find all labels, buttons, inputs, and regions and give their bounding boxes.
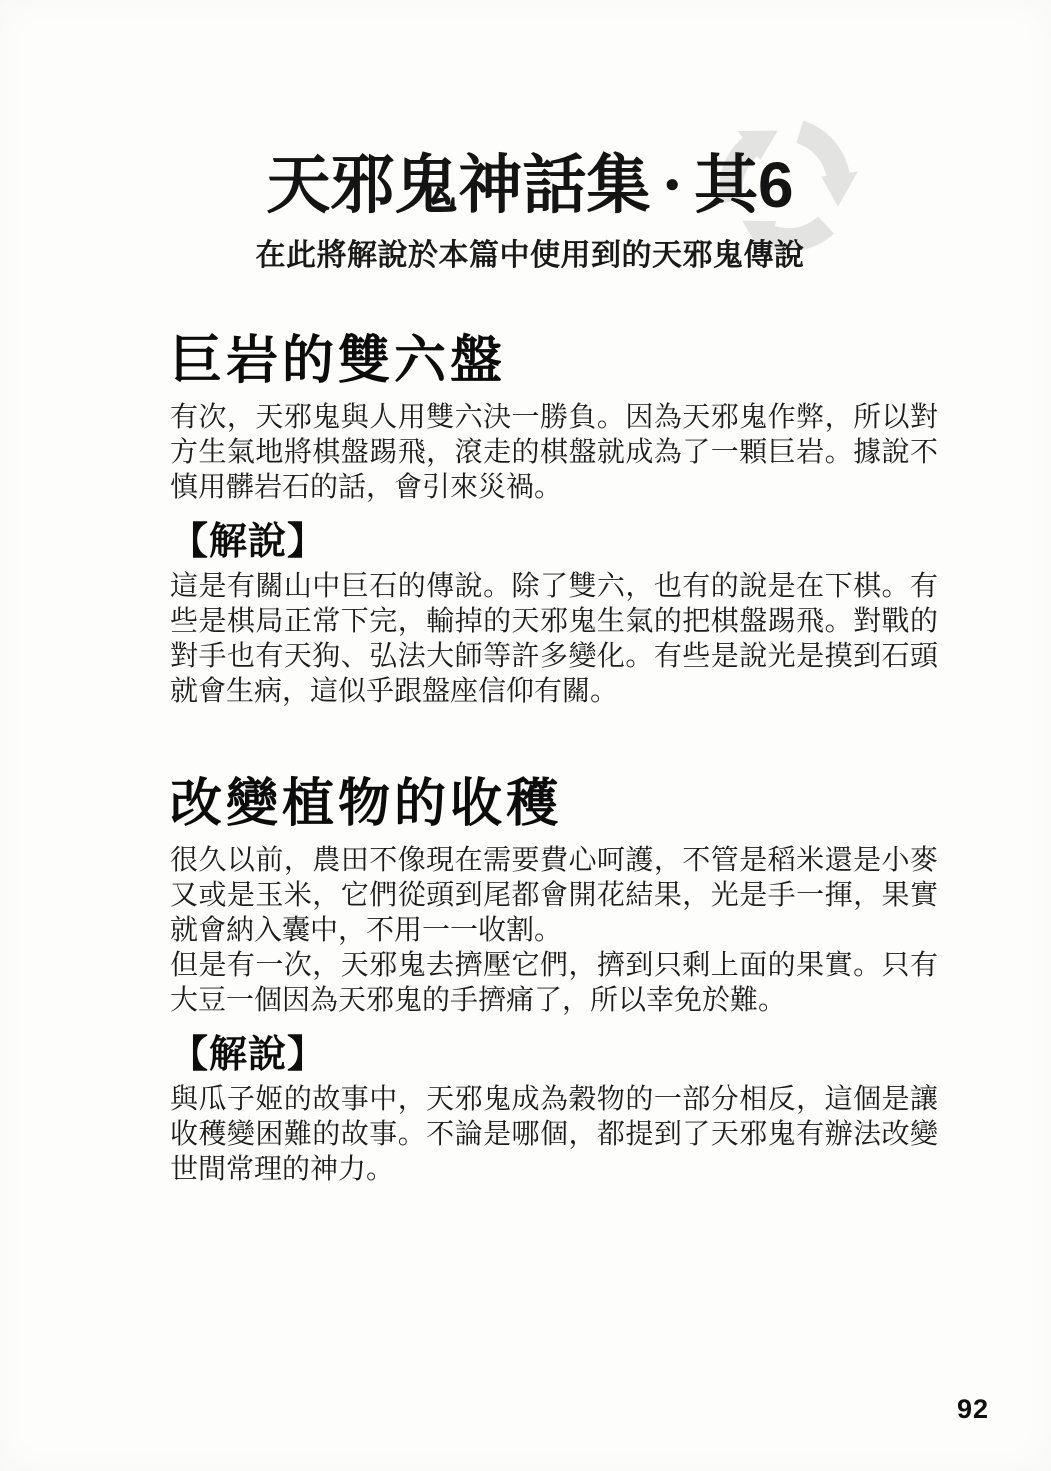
scanned-book-page: 天邪鬼神話集●其6 在此將解說於本篇中使用到的天邪鬼傳說 巨岩的雙六盤 有次，天… <box>0 0 1051 1471</box>
page-content: 巨岩的雙六盤 有次，天邪鬼與人用雙六決一勝負。因為天邪鬼作弊，所以對方生氣地將棋… <box>170 333 938 1186</box>
commentary-label: 【解說】 <box>170 520 938 564</box>
page-title: 天邪鬼神話集●其6 <box>140 150 920 222</box>
title-bullet-icon: ● <box>664 169 680 198</box>
commentary-label: 【解說】 <box>170 1033 938 1077</box>
commentary-paragraph: 這是有關山中巨石的傳說。除了雙六，也有的說是在下棋。有些是棋局正常下完，輸掉的天… <box>170 568 938 708</box>
story-paragraph: 但是有一次，天邪鬼去擠壓它們，擠到只剩上面的果實。只有大豆一個因為天邪鬼的手擠痛… <box>170 947 938 1017</box>
commentary-paragraph: 與瓜子姬的故事中，天邪鬼成為穀物的一部分相反，這個是讓收穫變困難的故事。不論是哪… <box>170 1081 938 1186</box>
section-heading: 改變植物的收穫 <box>170 776 938 832</box>
section-heading: 巨岩的雙六盤 <box>170 333 938 389</box>
page-header: 天邪鬼神話集●其6 在此將解說於本篇中使用到的天邪鬼傳說 <box>140 150 920 274</box>
page-number: 92 <box>957 1394 989 1425</box>
title-main-text: 天邪鬼神話集 <box>266 149 650 221</box>
section-plant-harvest: 改變植物的收穫 很久以前，農田不像現在需要費心呵護，不管是稻米還是小麥又或是玉米… <box>170 776 938 1186</box>
section-boulder-sugoroku-board: 巨岩的雙六盤 有次，天邪鬼與人用雙六決一勝負。因為天邪鬼作弊，所以對方生氣地將棋… <box>170 333 938 708</box>
story-paragraph: 很久以前，農田不像現在需要費心呵護，不管是稻米還是小麥又或是玉米，它們從頭到尾都… <box>170 842 938 947</box>
title-volume-number: 其6 <box>694 149 794 221</box>
page-subtitle: 在此將解說於本篇中使用到的天邪鬼傳說 <box>140 230 920 274</box>
story-paragraph: 有次，天邪鬼與人用雙六決一勝負。因為天邪鬼作弊，所以對方生氣地將棋盤踢飛，滾走的… <box>170 399 938 504</box>
